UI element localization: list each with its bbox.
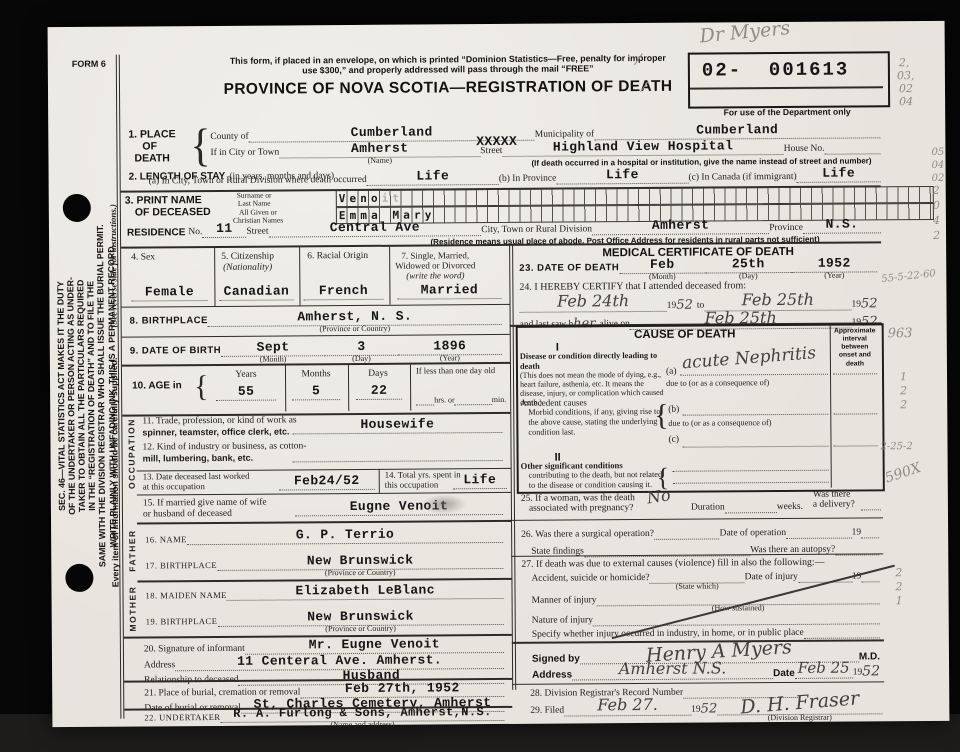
trade-label: 11. Trade, profession, or kind of work a… xyxy=(142,415,296,437)
operation-date-label: Date of operation xyxy=(720,528,787,539)
form-number-label: FORM 6 xyxy=(72,59,106,70)
date-of-death-label: 23. DATE OF DEATH xyxy=(519,263,619,275)
margin-cause-code: 963 xyxy=(888,327,913,342)
injury-year-line xyxy=(861,581,879,582)
mother-name-label: 18. Maiden Name xyxy=(146,591,227,601)
stay-c-value: Life xyxy=(822,166,855,181)
scanned-death-certificate: { "header": { "form_label": "FORM 6", "m… xyxy=(0,0,960,752)
mother-birthplace-value: New Brunswick xyxy=(307,609,414,625)
residence-street-line: Central Ave xyxy=(268,217,481,237)
stay-b-line: Life xyxy=(556,165,688,185)
citizenship-label-1: 5. Citizenship xyxy=(221,252,274,263)
antecedent-label: Antecedent causes xyxy=(520,397,587,408)
industry-label: 12. Kind of industry or business, as cot… xyxy=(142,441,306,463)
filed-pre19: 19 xyxy=(691,705,701,716)
field-citizenship: Canadian xyxy=(219,287,293,301)
field-sex: Female xyxy=(131,288,207,302)
place-of-death-label: 1. PLACE OF DEATH xyxy=(128,128,190,165)
trade-line: Housewife xyxy=(292,414,502,434)
attended-from-value: Feb 24th xyxy=(557,291,629,311)
undertaker-value: R. A. Furlong & Sons, Amherst,N.S. xyxy=(233,705,492,721)
rule-below-sec25 xyxy=(511,517,883,521)
dod-year-sub: (Year) xyxy=(791,271,877,280)
spouse-label-2: or husband of deceased xyxy=(143,508,267,519)
field-date-of-death: 23. DATE OF DEATH Feb (Month) 25th (Day)… xyxy=(519,259,877,274)
stamp-box-inner-rule xyxy=(690,86,883,89)
accident-line: (State which) xyxy=(650,582,745,584)
last-worked-line: Feb24/52 xyxy=(279,471,375,491)
total-years-line: Life xyxy=(453,470,507,489)
racial-origin-value: French xyxy=(319,283,368,298)
attended-to-value: Feb 25th xyxy=(742,290,814,310)
operation-date-line xyxy=(786,538,852,539)
spouse-label: 15. If married give name of wife or husb… xyxy=(143,498,267,520)
delivery-line xyxy=(861,509,881,510)
field-father-birthplace: 17. Birthplace New Brunswick (Province o… xyxy=(145,556,503,571)
industry-label-1: 12. Kind of industry or business, as cot… xyxy=(142,441,306,453)
signed-date-line: Feb 25 xyxy=(795,660,853,679)
operation-year-line xyxy=(861,537,879,538)
margin-injury-3: 1 xyxy=(896,595,903,608)
residence-province-line: N.S. xyxy=(803,214,881,234)
disease-label: Disease or condition directly leading to… xyxy=(520,351,666,371)
field-age-hours: hrs. or min. xyxy=(416,392,506,406)
residence-label: RESIDENCE xyxy=(127,227,185,239)
state-which-sub: (State which) xyxy=(650,582,745,591)
pregnancy-label-2: associated with pregnancy? xyxy=(529,503,634,514)
birthplace-line: Amherst, N. S. (Province or Country) xyxy=(208,306,502,327)
field-specify-place: Specify whether injury occurred in indus… xyxy=(532,625,880,640)
mother-birthplace-label: 19. Birthplace xyxy=(146,617,218,627)
citizenship-label-2: (Nationality) xyxy=(221,262,274,273)
total-years-label: 14. Total yrs. spent in this occupation xyxy=(385,470,461,490)
birthplace-label: 8. BIRTHPLACE xyxy=(130,316,208,327)
trade-label-1: 11. Trade, profession, or kind of work a… xyxy=(142,415,296,427)
morbid-label: Morbid conditions, if any, giving rise t… xyxy=(528,407,662,438)
residence-street-value: Central Ave xyxy=(330,220,420,236)
filed-year-value: 52 xyxy=(701,702,718,715)
occupation-side-label: OCCUPATION xyxy=(126,417,137,491)
certify-label: 24. I HEREBY CERTIFY that I attended dec… xyxy=(519,280,746,293)
duration-label: Duration xyxy=(691,503,725,514)
marital-value: Married xyxy=(421,282,479,297)
delivery-label-2: a delivery? xyxy=(813,500,855,511)
field-last-worked: Feb24/52 xyxy=(279,477,375,491)
age-days-value: 22 xyxy=(371,383,388,398)
signed-address-value: Amherst N.S. xyxy=(619,658,727,678)
field-marital-status: Married xyxy=(397,286,501,300)
father-name-label: 16. Name xyxy=(145,536,187,546)
margin-cause-3: 2 xyxy=(900,399,907,412)
field-industry xyxy=(293,448,503,462)
mother-side-label: MOTHER xyxy=(127,583,137,635)
margin-injury-1: 2 xyxy=(895,567,902,580)
residence-city-line: Amherst xyxy=(592,215,769,235)
antecedent-brace: { xyxy=(654,399,669,433)
margin-note-sec3-3: 4 xyxy=(933,215,940,228)
field-racial-origin: French xyxy=(303,287,383,301)
dod-day-value: 25th xyxy=(732,256,765,271)
dob-year-line: 1896 (Year) xyxy=(398,336,502,356)
field-operation: 26. Was there a surgical operation? Date… xyxy=(521,525,879,540)
accident-label: Accident, suicide or homicide? xyxy=(531,573,649,584)
place-label-line3: DEATH xyxy=(128,152,190,164)
margin-injury-2: 2 xyxy=(895,581,902,594)
industry-label-2: mill, lumbering, bank, etc. xyxy=(143,452,307,463)
mother-birthplace-line: New Brunswick (Province or Country) xyxy=(217,606,503,627)
field-date-of-birth: 9. DATE OF BIRTH Sept (Month) 3 (Day) 18… xyxy=(130,342,502,358)
father-name-value: G. P. Terrio xyxy=(296,527,395,543)
cell-divider-5-6 xyxy=(299,247,300,305)
field-undertaker: 22. Undertaker R. A. Furlong & Sons, Amh… xyxy=(144,708,504,724)
spouse-line: Eugne Venoit xyxy=(295,496,503,516)
dod-month-value: Feb xyxy=(650,257,675,272)
to-pre19: 19 xyxy=(851,300,861,311)
dob-month-line: Sept (Month) xyxy=(221,337,325,357)
doctor-annotation-handwriting: Dr Myers xyxy=(699,18,791,48)
signed-address-line: Amherst N.S. xyxy=(572,660,773,680)
street-label-wrap: Street XXXXX xyxy=(480,146,502,157)
margin-age-notation: 55-5-22-60 xyxy=(881,268,937,286)
death-certificate-page: FORM 6 This form, if placed in an envelo… xyxy=(48,21,950,727)
stay-b-value: Life xyxy=(606,167,639,182)
last-worked-label-2: at this occupation xyxy=(143,482,250,493)
filed-date-value: Feb 27. xyxy=(597,695,658,714)
age-years-label: Years xyxy=(216,370,276,381)
birthplace-value: Amherst, N. S. xyxy=(297,309,412,325)
total-years-value: Life xyxy=(463,472,496,487)
age-less-than-day-label: If less than one day old xyxy=(416,366,506,376)
external-causes-label: 27. If death was due to external causes … xyxy=(521,558,824,571)
dob-label: 9. DATE OF BIRTH xyxy=(130,346,221,358)
field-mother-birthplace: 19. Birthplace New Brunswick (Province o… xyxy=(146,612,504,627)
place-label-line1: 1. PLACE xyxy=(128,128,190,140)
informant-address-label: Address xyxy=(144,661,175,672)
cause-b-label: (b) xyxy=(668,405,679,416)
place-brace: { xyxy=(190,120,211,173)
age-label: 10. AGE in xyxy=(132,380,182,392)
operation-pre19: 19 xyxy=(852,528,862,539)
instruction-italic: (See reverse side for instructions.) xyxy=(108,204,119,327)
city-line: Amherst (Name) xyxy=(279,138,480,158)
signed-date-label: Date xyxy=(773,667,795,679)
residence-city-value: Amherst xyxy=(652,218,710,233)
last-worked-value: Feb24/52 xyxy=(294,473,360,488)
punch-hole-top xyxy=(63,194,91,222)
scan-border-left xyxy=(0,0,52,752)
sidebar-statute-text: SEC. 46—VITAL STATISTICS ACT MAKES IT TH… xyxy=(54,89,106,703)
other-conditions-label2: contributing to the death, but not relat… xyxy=(529,470,663,491)
residence-no-label: No. xyxy=(188,227,202,238)
field-birthplace: 8. BIRTHPLACE Amherst, N. S. (Province o… xyxy=(130,312,502,328)
age-hrs-line2 xyxy=(455,404,492,405)
registration-number-stamp-box: 02- 001613 xyxy=(688,51,890,108)
citizenship-value: Canadian xyxy=(224,283,290,298)
father-name-line: G. P. Terrio xyxy=(187,524,503,545)
stay-a-line: Life xyxy=(367,166,499,186)
print-name-label: 3. PRINT NAME OF DECEASED xyxy=(125,194,211,219)
sex-line: Female xyxy=(131,282,207,302)
rule-below-signed xyxy=(512,681,884,685)
age-divider-3 xyxy=(410,365,411,411)
duration-line xyxy=(725,512,777,513)
divider-13-14 xyxy=(379,469,380,493)
margin-note-sec3-4: 2 xyxy=(933,230,940,243)
field-trade: Housewife xyxy=(292,420,502,434)
cell-divider-6-7 xyxy=(389,247,390,305)
street-value: Highland View Hospital xyxy=(553,138,734,154)
md-label: M.D. xyxy=(859,651,880,663)
street-line: Highland View Hospital xyxy=(502,136,784,157)
signed-pre19: 19 xyxy=(853,668,863,679)
age-months-value: 5 xyxy=(312,383,320,398)
field-age-months: 5 xyxy=(292,387,340,400)
age-divider-2 xyxy=(348,365,349,411)
registration-number: 02- 001613 xyxy=(702,61,850,81)
trade-value: Housewife xyxy=(360,416,434,432)
house-no-label: House No. xyxy=(784,144,825,155)
father-birthplace-sub: (Province or Country) xyxy=(217,568,503,579)
citizenship-line: Canadian xyxy=(219,281,293,301)
cause-c-label: (c) xyxy=(668,435,679,446)
margin-note-sec2-3: 02 xyxy=(932,173,945,185)
mother-name-line: Elizabeth LeBlanc xyxy=(227,580,504,601)
industry-line xyxy=(293,460,503,462)
trade-label-2: spinner, teamster, office clerk, etc. xyxy=(142,426,296,437)
field-pregnancy-duration: Duration weeks. xyxy=(691,500,803,514)
surname-letters: Venoit xyxy=(339,192,403,205)
age-days-line: 22 xyxy=(356,381,402,400)
registrar-signature-line: D. H. Fraser (Division Registrar) xyxy=(717,693,882,715)
undertaker-label: 22. Undertaker xyxy=(144,713,220,723)
racial-origin-label: 6. Racial Origin xyxy=(307,251,368,262)
margin-delivery-mark: 590X xyxy=(883,460,923,487)
registrar-sub: (Division Registrar) xyxy=(717,713,882,723)
city-label: If in City or Town xyxy=(210,148,279,159)
marital-line: Married xyxy=(397,280,501,300)
undertaker-line: R. A. Furlong & Sons, Amherst,N.S. (Name… xyxy=(220,702,504,723)
house-no-line xyxy=(824,153,880,154)
city-value: Amherst xyxy=(351,141,409,156)
injury-date-label: Date of injury xyxy=(745,572,798,583)
field-mother-name: 18. Maiden Name Elizabeth LeBlanc xyxy=(145,586,503,601)
dod-month-line: Feb (Month) xyxy=(619,255,705,275)
field-manner: Manner of injury (How sustained) xyxy=(532,591,880,606)
dod-year-line: 1952 (Year) xyxy=(791,253,877,273)
margin-cause-2: 2 xyxy=(900,385,907,398)
place-label-line2: OF xyxy=(128,140,190,152)
attended-from-line: Feb 24th xyxy=(519,293,666,313)
stay-b-label: (b) In Province xyxy=(499,174,557,185)
residence-no-value: 11 xyxy=(216,221,233,236)
age-days-label: Days xyxy=(352,369,404,380)
residence-city-label: City, Town or Rural Division xyxy=(481,225,592,236)
residence-no-line: 11 xyxy=(202,219,246,238)
mother-name-value: Elizabeth LeBlanc xyxy=(295,582,435,598)
age-months-label: Months xyxy=(288,369,344,380)
print-name-line2: OF DECEASED xyxy=(125,206,211,219)
margin-note-top-1: 2, xyxy=(899,57,910,70)
sex-value: Female xyxy=(145,284,194,299)
dob-day-value: 3 xyxy=(357,339,365,354)
age-hrs-label: hrs. or xyxy=(434,396,455,405)
nature-label: Nature of injury xyxy=(532,616,593,627)
father-birthplace-value: New Brunswick xyxy=(307,553,414,569)
father-birthplace-line: New Brunswick (Province or Country) xyxy=(217,550,503,571)
print-name-line1: 3. PRINT NAME xyxy=(125,194,211,207)
field-age-years: 55 xyxy=(216,388,276,401)
margin-note-sec3-2: 0 xyxy=(933,200,940,213)
margin-note-top-3: 02 xyxy=(899,83,913,96)
stamp-caption: For use of the Department only xyxy=(688,107,886,118)
stay-c-label: (c) In Canada (if immigrant) xyxy=(688,172,796,183)
age-years-value: 55 xyxy=(238,384,255,399)
birthplace-sub: (Province or Country) xyxy=(208,324,502,335)
field-spouse: Eugne Venoit xyxy=(295,502,503,516)
filed-label: 29. Filed xyxy=(530,706,564,717)
cause-a-label: (a) xyxy=(666,367,677,378)
age-years-line: 55 xyxy=(216,382,276,401)
age-divider-1 xyxy=(285,365,286,411)
dod-year-value: 1952 xyxy=(818,256,851,271)
punch-hole-bottom xyxy=(65,564,93,592)
margin-note-top-2: 03, xyxy=(897,70,915,83)
citizenship-label: 5. Citizenship (Nationality) xyxy=(221,252,274,274)
surname-faint-letters: it xyxy=(382,192,404,205)
racial-origin-line: French xyxy=(303,281,383,301)
father-birthplace-label: 17. Birthplace xyxy=(145,561,217,571)
cell-divider-4-5 xyxy=(214,248,215,306)
mother-birthplace-sub: (Province or Country) xyxy=(217,624,503,635)
marital-label: 7. Single, Married, Widowed or Divorced … xyxy=(395,250,475,281)
filed-line: Feb 27. xyxy=(564,697,691,717)
surname-mini-label: Surname or Last Name xyxy=(237,192,272,209)
age-min-label: min. xyxy=(492,396,507,405)
spouse-label-1: 15. If married give name of wife xyxy=(143,498,267,509)
field-age-days: 22 xyxy=(356,387,402,400)
stay-c-line: Life xyxy=(797,163,881,183)
weeks-label: weeks. xyxy=(777,502,803,513)
father-side-label: FATHER xyxy=(127,525,137,577)
to-year-value: 52 xyxy=(861,297,878,310)
field-filed: 29. Filed Feb 27. 19 52 D. H. Fraser (Di… xyxy=(530,699,882,716)
margin-note-sec2-1: 05 xyxy=(931,147,944,159)
dob-year-value: 1896 xyxy=(433,338,466,353)
cause-title: CAUSE OF DEATH xyxy=(550,328,820,343)
signed-date-value: Feb 25 xyxy=(798,659,850,677)
residence-province-label: Province xyxy=(769,223,803,234)
field-father-name: 16. Name G. P. Terrio xyxy=(145,530,503,545)
stay-a-label: (a) In City, Town or Rural Division wher… xyxy=(149,175,367,187)
field-total-years: Life xyxy=(453,476,507,489)
margin-note-sec3-1: 2 xyxy=(933,185,940,198)
field-signed-address-date: Address Amherst N.S. Date Feb 25 19 52 xyxy=(532,663,880,680)
total-years-label-2: this occupation xyxy=(385,480,461,490)
instruction-bold: Every item of information should be care… xyxy=(109,357,121,587)
residence-street-label: Street xyxy=(246,227,268,238)
age-months-line: 5 xyxy=(292,381,340,400)
surname-value: Veno xyxy=(339,192,382,205)
dob-month-value: Sept xyxy=(257,339,290,354)
interval-header: Approximate interval between onset and d… xyxy=(832,327,878,368)
signed-year-value: 52 xyxy=(862,664,880,678)
age-hrs-line1 xyxy=(416,404,434,405)
manner-label: Manner of injury xyxy=(532,596,597,607)
ink-smudge xyxy=(421,494,467,514)
operation-line xyxy=(654,538,720,539)
last-worked-label: 13. Date deceased last worked at this oc… xyxy=(143,472,250,492)
dod-day-line: 25th (Day) xyxy=(705,254,791,274)
stay-a-value: Life xyxy=(416,168,449,183)
pregnancy-value: No xyxy=(646,487,672,506)
marital-label-1: 7. Single, Married, xyxy=(395,250,475,261)
margin-cause-tail: 2-25-2 xyxy=(880,441,912,453)
county-label: County of xyxy=(210,132,248,143)
cause-due2-label: due to (or as a consequence of) xyxy=(668,418,771,428)
margin-note-sec2-2: 04 xyxy=(932,160,945,172)
operation-label: 26. Was there a surgical operation? xyxy=(521,529,654,541)
residence-province-value: N.S. xyxy=(826,216,859,231)
marital-label-2: Widowed or Divorced xyxy=(395,260,475,271)
sex-label: 4. Sex xyxy=(131,252,155,263)
age-brace: { xyxy=(194,370,209,404)
dob-day-line: 3 (Day) xyxy=(325,337,398,357)
margin-cause-1: 1 xyxy=(900,371,907,384)
margin-note-top-4: 04 xyxy=(899,96,913,109)
cause-due1-label: due to (or as a consequence of) xyxy=(666,378,769,388)
signed-address-label: Address xyxy=(532,669,572,681)
